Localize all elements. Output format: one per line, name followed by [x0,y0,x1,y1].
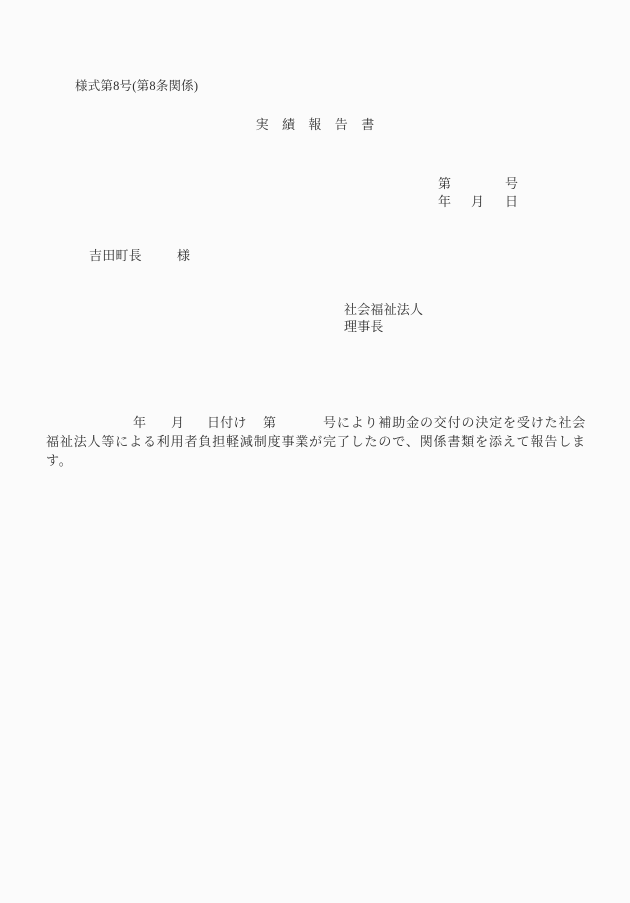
body-line1-date-suffix: 日付け [207,416,247,429]
date-month-label: 月 [471,195,484,208]
body-line1-month: 月 [171,416,184,429]
sender-organization: 社会福祉法人 [344,303,423,316]
ref-number-suffix: 号 [505,177,518,190]
body-line3-text: す。 [46,454,73,467]
addressee-name: 吉田町長 [89,249,142,262]
form-number: 様式第8号(第8条関係) [75,80,198,93]
body-line1-text: 号により補助金の交付の決定を受けた社会 [323,416,586,429]
body-line2-text: 福祉法人等による利用者負担軽減制度事業が完了したので、関係書類を添えて報告しま [46,435,586,448]
addressee-honorific: 様 [177,249,190,262]
document-title: 実 績 報 告 書 [0,118,630,131]
date-year-label: 年 [438,195,451,208]
body-line1-year: 年 [133,416,146,429]
ref-number-prefix: 第 [438,177,451,190]
body-line1-ref-prefix: 第 [263,416,276,429]
sender-representative: 理事長 [344,320,384,333]
date-day-label: 日 [505,195,518,208]
document-page: 様式第8号(第8条関係) 実 績 報 告 書 第 号 年 月 日 吉田町長 様 … [0,0,630,903]
